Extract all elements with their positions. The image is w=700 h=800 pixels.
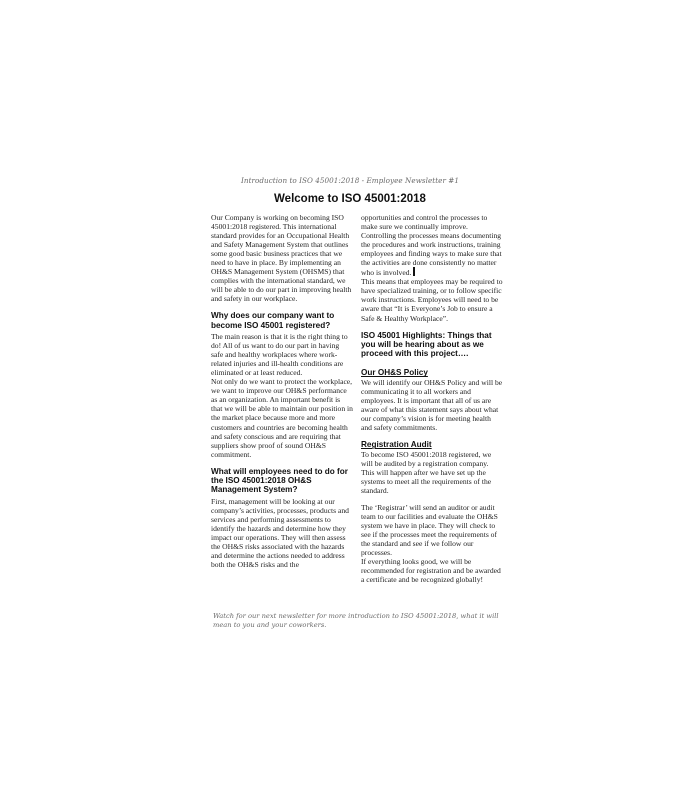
policy-paragraph: We will identify our OH&S Policy and wil… <box>361 378 503 432</box>
audit-paragraph-3: If everything looks good, we will be rec… <box>361 557 503 584</box>
continuation-text: opportunities and control the processes … <box>361 213 502 277</box>
continuation-paragraph: opportunities and control the processes … <box>361 213 503 277</box>
newsletter-header: Introduction to ISO 45001:2018 - Employe… <box>0 176 700 185</box>
why-paragraph-2: Not only do we want to protect the workp… <box>211 377 353 458</box>
right-column: opportunities and control the processes … <box>361 213 503 584</box>
page-title: Welcome to ISO 45001:2018 <box>0 193 700 205</box>
section-heading-employees: What will employees need to do for the I… <box>211 467 353 495</box>
awareness-paragraph: This means that employees may be require… <box>361 277 503 322</box>
left-column: Our Company is working on becoming ISO 4… <box>211 213 353 569</box>
text-cursor <box>413 267 414 276</box>
highlights-heading: ISO 45001 Highlights: Things that you wi… <box>361 331 503 359</box>
audit-paragraph-2: The ‘Registrar’ will send an auditor or … <box>361 503 503 557</box>
intro-paragraph: Our Company is working on becoming ISO 4… <box>211 213 353 303</box>
footer-note: Watch for our next newsletter for more i… <box>213 612 503 630</box>
document-page: Introduction to ISO 45001:2018 - Employe… <box>0 0 700 800</box>
audit-paragraph-1: To become ISO 45001:2018 registered, we … <box>361 450 503 495</box>
section-heading-why: Why does our company want to become ISO … <box>211 311 353 330</box>
employees-paragraph: First, management will be looking at our… <box>211 497 353 569</box>
why-paragraph-1: The main reason is that it is the right … <box>211 332 353 377</box>
audit-heading: Registration Audit <box>361 440 503 450</box>
policy-heading: Our OH&S Policy <box>361 368 503 378</box>
